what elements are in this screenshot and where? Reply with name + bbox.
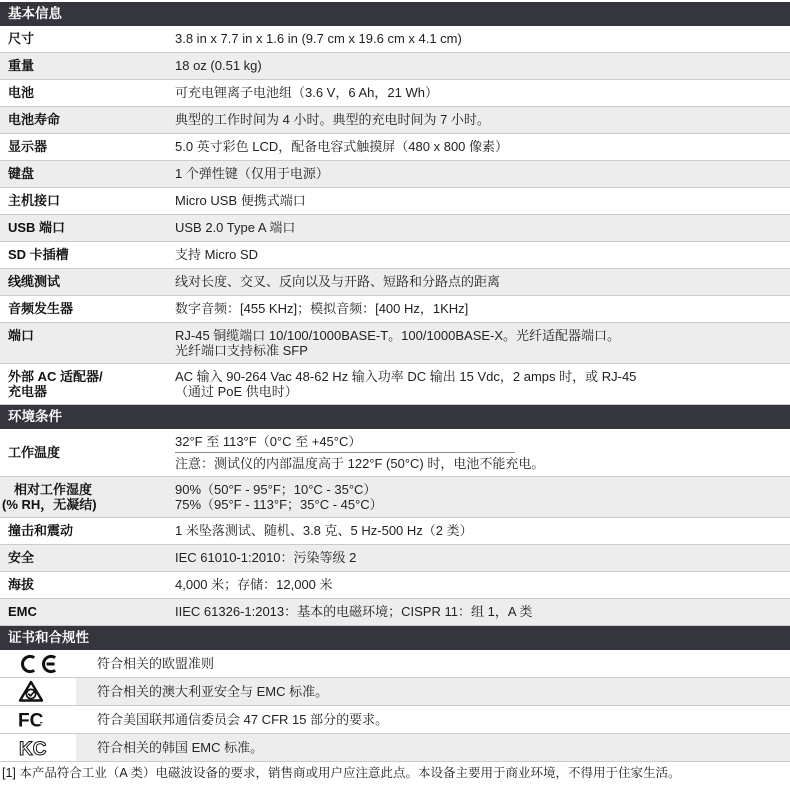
spec-row-cable-test: 线缆测试 线对长度、交叉、反向以及与开路、短路和分路点的距离: [0, 269, 790, 296]
compliance-text: 符合相关的欧盟准则: [76, 650, 790, 677]
spec-label: 显示器: [0, 134, 175, 160]
svg-text:KC: KC: [19, 739, 47, 759]
spec-row-altitude: 海拔 4,000 米；存储：12,000 米: [0, 572, 790, 599]
spec-value: 线对长度、交叉、反向以及与开路、短路和分路点的距离: [175, 269, 790, 295]
spec-row-battery: 电池 可充电锂离子电池组（3.6 V，6 Ah，21 Wh）: [0, 80, 790, 107]
spec-label: 外部 AC 适配器/ 充电器: [0, 364, 175, 404]
spec-label: USB 端口: [0, 215, 175, 241]
spec-label: 重量: [0, 53, 175, 79]
compliance-row-ce: 符合相关的欧盟准则: [0, 650, 790, 678]
spec-value: 典型的工作时间为 4 小时。典型的充电时间为 7 小时。: [175, 107, 790, 133]
compliance-text: 符合美国联邦通信委员会 47 CFR 15 部分的要求。: [76, 706, 790, 733]
spec-value-line: 75%（95°F - 113°F；35°C - 45°C）: [175, 497, 782, 512]
spec-value: 90%（50°F - 95°F；10°C - 35°C） 75%（95°F - …: [175, 477, 790, 517]
spec-label: 工作温度: [0, 440, 175, 465]
compliance-row-fcc: FC C 符合美国联邦通信委员会 47 CFR 15 部分的要求。: [0, 706, 790, 734]
ce-mark-icon: [18, 654, 60, 674]
spec-value-line: RJ-45 铜缆端口 10/100/1000BASE-T。100/1000BAS…: [175, 328, 782, 343]
spec-row-usb-port: USB 端口 USB 2.0 Type A 端口: [0, 215, 790, 242]
spec-label: 线缆测试: [0, 269, 175, 295]
spec-label: 音频发生器: [0, 296, 175, 322]
section-header-environment: 环境条件: [0, 405, 790, 429]
spec-row-operating-temperature: 工作温度 32°F 至 113°F（0°C 至 +45°C） 注意：测试仪的内部…: [0, 429, 790, 477]
temperature-range: 32°F 至 113°F（0°C 至 +45°C）: [175, 434, 515, 453]
spec-value: 1 米坠落测试、随机、3.8 克、5 Hz-500 Hz（2 类）: [175, 518, 790, 544]
spec-row-battery-life: 电池寿命 典型的工作时间为 4 小时。典型的充电时间为 7 小时。: [0, 107, 790, 134]
spec-label: 电池: [0, 80, 175, 106]
spec-value: 4,000 米；存储：12,000 米: [175, 572, 790, 598]
spec-value: 32°F 至 113°F（0°C 至 +45°C） 注意：测试仪的内部温度高于 …: [175, 429, 790, 476]
fcc-mark-icon: FC C: [18, 710, 54, 730]
section-header-basic-info: 基本信息: [0, 2, 790, 26]
cert-icon-cell: [0, 650, 76, 677]
kc-mark-icon: KC: [18, 737, 50, 759]
rcm-mark-icon: [18, 680, 44, 703]
spec-label: 相对工作湿度 (% RH，无凝结): [0, 477, 175, 517]
spec-row-sd-slot: SD 卡插槽 支持 Micro SD: [0, 242, 790, 269]
spec-row-safety: 安全 IEC 61010-1:2010：污染等级 2: [0, 545, 790, 572]
footnote: [1] 本产品符合工业（A 类）电磁波设备的要求，销售商或用户应注意此点。本设备…: [0, 762, 790, 782]
section-header-compliance: 证书和合规性: [0, 626, 790, 650]
spec-value: AC 输入 90-264 Vac 48-62 Hz 输入功率 DC 输出 15 …: [175, 364, 790, 404]
spec-value: IIEC 61326-1:2013：基本的电磁环境；CISPR 11：组 1，A…: [175, 599, 790, 625]
spec-value-line: AC 输入 90-264 Vac 48-62 Hz 输入功率 DC 输出 15 …: [175, 369, 782, 384]
spec-value-line: 90%（50°F - 95°F；10°C - 35°C）: [175, 482, 782, 497]
spec-label: 撞击和震动: [0, 518, 175, 544]
spec-value: 18 oz (0.51 kg): [175, 53, 790, 79]
spec-value: RJ-45 铜缆端口 10/100/1000BASE-T。100/1000BAS…: [175, 323, 790, 363]
section-title: 环境条件: [8, 409, 62, 424]
spec-label-line: 充电器: [8, 384, 175, 399]
spec-row-emc: EMC IIEC 61326-1:2013：基本的电磁环境；CISPR 11：组…: [0, 599, 790, 626]
spec-row-relative-humidity: 相对工作湿度 (% RH，无凝结) 90%（50°F - 95°F；10°C -…: [0, 477, 790, 518]
spec-value: 1 个弹性键（仅用于电源）: [175, 161, 790, 187]
spec-label: EMC: [0, 599, 175, 625]
compliance-text: 符合相关的韩国 EMC 标准。: [76, 734, 790, 761]
spec-label: 海拔: [0, 572, 175, 598]
spec-value: Micro USB 便携式端口: [175, 188, 790, 214]
spec-label: 键盘: [0, 161, 175, 187]
spec-label: 尺寸: [0, 26, 175, 52]
compliance-text: 符合相关的澳大利亚安全与 EMC 标准。: [76, 678, 790, 705]
spec-value: 5.0 英寸彩色 LCD，配备电容式触摸屏（480 x 800 像素）: [175, 134, 790, 160]
spec-value-line: 光纤端口支持标准 SFP: [175, 343, 782, 358]
spec-value: IEC 61010-1:2010：污染等级 2: [175, 545, 790, 571]
cert-icon-cell: FC C: [0, 706, 76, 733]
spec-label-line: 相对工作湿度: [8, 482, 175, 497]
spec-value: 3.8 in x 7.7 in x 1.6 in (9.7 cm x 19.6 …: [175, 26, 790, 52]
spec-row-display: 显示器 5.0 英寸彩色 LCD，配备电容式触摸屏（480 x 800 像素）: [0, 134, 790, 161]
section-title: 基本信息: [8, 6, 62, 21]
spec-value: 支持 Micro SD: [175, 242, 790, 268]
spec-label: 安全: [0, 545, 175, 571]
spec-label: 主机接口: [0, 188, 175, 214]
cert-icon-cell: KC: [0, 734, 76, 761]
spec-value: 可充电锂离子电池组（3.6 V，6 Ah，21 Wh）: [175, 80, 790, 106]
compliance-row-kc: KC 符合相关的韩国 EMC 标准。: [0, 734, 790, 762]
spec-row-ports: 端口 RJ-45 铜缆端口 10/100/1000BASE-T。100/1000…: [0, 323, 790, 364]
spec-row-shock-vibration: 撞击和震动 1 米坠落测试、随机、3.8 克、5 Hz-500 Hz（2 类）: [0, 518, 790, 545]
spec-row-dimensions: 尺寸 3.8 in x 7.7 in x 1.6 in (9.7 cm x 19…: [0, 26, 790, 53]
temperature-note: 注意：测试仪的内部温度高于 122°F (50°C) 时，电池不能充电。: [175, 456, 782, 471]
spec-value-line: （通过 PoE 供电时）: [175, 384, 782, 399]
compliance-row-rcm: 符合相关的澳大利亚安全与 EMC 标准。: [0, 678, 790, 706]
spec-label: 端口: [0, 323, 175, 348]
spec-label-line: (% RH，无凝结): [2, 497, 175, 512]
cert-icon-cell: [0, 678, 76, 705]
spec-row-weight: 重量 18 oz (0.51 kg): [0, 53, 790, 80]
svg-text:C: C: [38, 716, 45, 727]
spec-value: USB 2.0 Type A 端口: [175, 215, 790, 241]
spec-row-host-interface: 主机接口 Micro USB 便携式端口: [0, 188, 790, 215]
spec-label: 电池寿命: [0, 107, 175, 133]
spec-label-line: 外部 AC 适配器/: [8, 369, 175, 384]
section-title: 证书和合规性: [8, 630, 89, 645]
spec-row-keyboard: 键盘 1 个弹性键（仅用于电源）: [0, 161, 790, 188]
spec-row-ac-adapter: 外部 AC 适配器/ 充电器 AC 输入 90-264 Vac 48-62 Hz…: [0, 364, 790, 405]
spec-value: 数字音频：[455 KHz]；模拟音频：[400 Hz，1KHz]: [175, 296, 790, 322]
spec-label: SD 卡插槽: [0, 242, 175, 268]
spec-sheet: 基本信息 尺寸 3.8 in x 7.7 in x 1.6 in (9.7 cm…: [0, 0, 790, 782]
spec-row-tone-generator: 音频发生器 数字音频：[455 KHz]；模拟音频：[400 Hz，1KHz]: [0, 296, 790, 323]
